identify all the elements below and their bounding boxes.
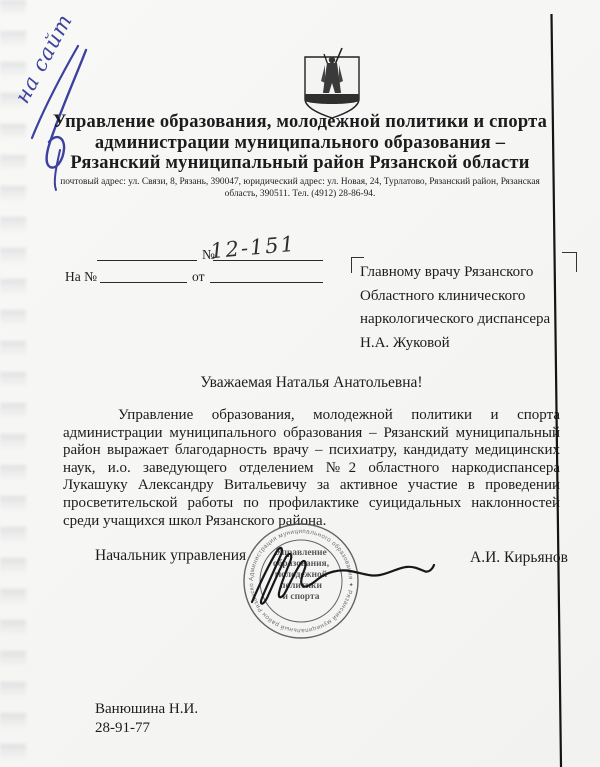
body-line: Управление образования, молодежной полит… [63, 407, 560, 425]
footer-block: Ванюшина Н.И. 28-91-77 [95, 700, 198, 738]
addressee-line: Главному врачу Рязанского [360, 261, 560, 285]
ref-on-number-label: На № [65, 269, 97, 285]
executor-phone: 28-91-77 [95, 719, 198, 738]
ref-number-rule-right [213, 259, 323, 261]
official-round-stamp: Администрация муниципального образования… [230, 510, 372, 652]
org-address: почтовый адрес: ул. Связи, 8, Рязань, 39… [40, 177, 560, 200]
body-line: район выражает благодарность врачу – пси… [63, 442, 560, 460]
stamp-center-line: образования, [273, 558, 330, 569]
ref-from-label: от [192, 269, 204, 285]
body-line: наук, и.о. заведующего отделением №2 обл… [63, 460, 560, 478]
ref-number-rule-left [97, 259, 197, 261]
stamp-center-line: Управление [275, 548, 326, 558]
addressee-corner-mark-right [562, 252, 577, 272]
stamp-center-line: молодежной [275, 569, 328, 580]
executor-name: Ванюшина Н.И. [95, 700, 198, 719]
org-header: Управление образования, молодежной полит… [30, 112, 570, 174]
signoff-name: А.И. Кирьянов [470, 549, 568, 567]
salutation: Уважаемая Наталья Анатольевна! [63, 374, 560, 392]
addressee-line: наркологического диспансера [360, 308, 560, 332]
addressee-block: Главному врачу Рязанского Областного кли… [360, 261, 560, 355]
ref-from-rule [210, 281, 323, 283]
coat-of-arms-emblem [301, 47, 363, 121]
org-name-line3: Рязанский муниципальный район Рязанской … [30, 153, 570, 174]
stamp-center-line: и спорта [283, 592, 320, 602]
addressee-line: Областного клинического [360, 285, 560, 309]
org-name-line2: администрации муниципального образования… [30, 133, 570, 154]
ref-on-number-rule [100, 281, 187, 283]
addressee-line: Н.А. Жуковой [360, 332, 560, 356]
body-line: администрации муниципального образования… [63, 425, 560, 443]
org-address-line2: область, 390511. Тел. (4912) 28-86-94. [40, 189, 560, 201]
stamp-center-line: политики [280, 581, 323, 591]
body-line: Лукашуку Александру Витальевичу за актив… [63, 477, 560, 495]
org-name-line1: Управление образования, молодежной полит… [30, 112, 570, 133]
scanned-letter-page: { "note": { "text": "на сайт" }, "header… [0, 0, 600, 767]
signoff-title: Начальник управления [95, 547, 246, 565]
org-address-line1: почтовый адрес: ул. Связи, 8, Рязань, 39… [40, 177, 560, 189]
